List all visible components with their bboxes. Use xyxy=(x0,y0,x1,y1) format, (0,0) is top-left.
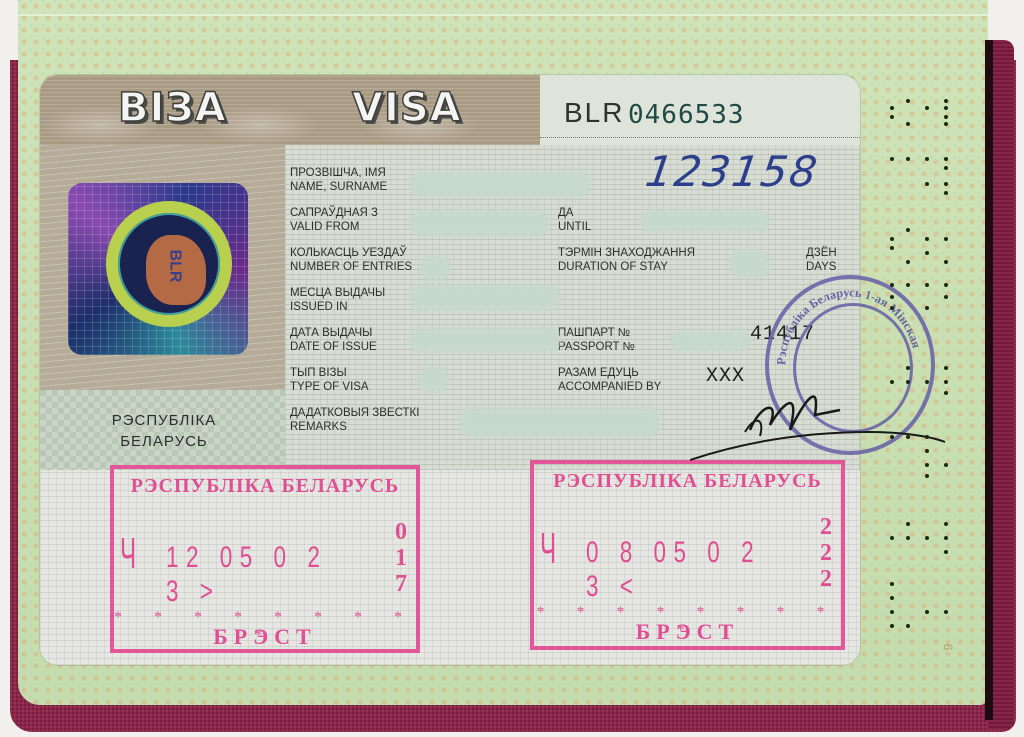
perforation-dot xyxy=(906,228,910,232)
perforation-dot xyxy=(890,306,894,310)
perforation-dot xyxy=(944,115,948,119)
country-label: РЭСПУБЛIКА БЕЛАРУСЬ xyxy=(104,410,224,452)
stamp-date: 12 05 0 2 3 > xyxy=(166,541,354,609)
perforation-dot xyxy=(890,380,894,384)
perforation-dot xyxy=(944,99,948,103)
perforation-dot xyxy=(944,106,948,110)
redacted-name xyxy=(410,171,590,197)
perforation-dot xyxy=(890,157,894,161)
perforation-dot xyxy=(906,624,910,628)
redacted-issued-in xyxy=(410,285,560,311)
hologram: BLR xyxy=(68,183,248,355)
page-fold-line xyxy=(18,14,988,16)
entry-stamp: РЭСПУБЛIКА БЕЛАРУСЬ Ч 0 8 05 0 2 3 < 222… xyxy=(530,460,845,650)
stamp-city: БРЭСТ xyxy=(114,624,416,650)
perforation-dot xyxy=(890,283,894,287)
perforated-passport-number xyxy=(890,90,980,650)
checkpoint-mark: Ч xyxy=(120,529,136,579)
hologram-code: BLR xyxy=(165,250,183,283)
perforation-dot xyxy=(925,610,929,614)
perforation-dot xyxy=(890,115,894,119)
perforation-dot xyxy=(944,463,948,467)
field-days: ДЗЁНDAYS xyxy=(806,246,837,274)
country-label-line2: БЕЛАРУСЬ xyxy=(104,431,224,452)
perforation-dot xyxy=(890,246,894,250)
page-edge-shadow xyxy=(985,40,993,720)
field-issued-in: МЕСЦА ВЫДАЧЫISSUED IN xyxy=(290,286,385,314)
serial-prefix: BLR xyxy=(564,97,624,129)
field-entries: КОЛЬКАСЦЬ УЕЗДАЎNUMBER OF ENTRIES xyxy=(290,246,412,274)
serial-number: 0466533 xyxy=(628,100,745,130)
perforation-dot xyxy=(925,182,929,186)
stamp-header: РЭСПУБЛIКА БЕЛАРУСЬ xyxy=(534,470,841,493)
perforation-dot xyxy=(944,166,948,170)
perforation-dot xyxy=(944,391,948,395)
perforation-dot xyxy=(944,610,948,614)
perforation-dot xyxy=(906,435,910,439)
hologram-ring-icon: BLR xyxy=(106,201,232,327)
field-accompanied: РАЗАМ ЕДУЦЬACCOMPANIED BY xyxy=(558,366,661,394)
checkpoint-mark: Ч xyxy=(540,524,556,574)
perforation-dot xyxy=(890,295,894,299)
perforation-dot xyxy=(890,435,894,439)
perforation-dot xyxy=(944,122,948,126)
perforation-dot xyxy=(944,380,948,384)
redacted-date-of-issue xyxy=(410,327,560,353)
redacted-type xyxy=(418,367,448,393)
perforation-dot xyxy=(944,191,948,195)
perforation-dot xyxy=(890,596,894,600)
redacted-duration xyxy=(730,250,770,278)
stamp-side-code: 017 xyxy=(392,519,410,597)
perforation-dot xyxy=(906,536,910,540)
handwritten-number: 123158 xyxy=(643,147,822,196)
perforation-dot xyxy=(925,157,929,161)
perforation-dot xyxy=(944,157,948,161)
guilloche-line xyxy=(540,137,860,144)
perforation-dot xyxy=(944,260,948,264)
perforation-dot xyxy=(944,283,948,287)
perforation-dot xyxy=(890,237,894,241)
visa-title-english: VISA xyxy=(352,85,462,131)
redacted-until xyxy=(640,210,770,232)
perforation-dot xyxy=(944,295,948,299)
field-date-of-issue: ДАТА ВЫДАЧЫDATE OF ISSUE xyxy=(290,326,377,354)
perforation-dot xyxy=(925,536,929,540)
perforation-dot xyxy=(906,522,910,526)
perforation-dot xyxy=(925,106,929,110)
perforation-dot xyxy=(890,106,894,110)
perforation-dot xyxy=(906,283,910,287)
redacted-valid-from xyxy=(410,210,550,236)
redacted-remarks xyxy=(460,407,660,437)
visa-header-band xyxy=(40,75,540,145)
perforation-dot xyxy=(890,624,894,628)
redacted-passport-prefix xyxy=(670,331,750,351)
perforation-dot xyxy=(906,122,910,126)
perforation-dot xyxy=(925,474,929,478)
perforation-dot xyxy=(890,610,894,614)
field-type: ТЫП ВIЗЫTYPE OF VISA xyxy=(290,366,369,394)
perforation-dot xyxy=(944,182,948,186)
field-name: ПРОЗВIШЧА, IМЯNAME, SURNAME xyxy=(290,166,387,194)
perforation-dot xyxy=(925,435,929,439)
stamp-side-code: 222 xyxy=(817,514,835,592)
field-until: ДАUNTIL xyxy=(558,206,591,234)
perforation-dot xyxy=(925,237,929,241)
perforation-dot xyxy=(925,449,929,453)
perforation-dot xyxy=(906,99,910,103)
stamp-header: РЭСПУБЛIКА БЕЛАРУСЬ xyxy=(114,475,416,498)
perforation-dot xyxy=(890,536,894,540)
perforation-dot xyxy=(944,550,948,554)
perforation-dot xyxy=(944,536,948,540)
stamp-city: БРЭСТ xyxy=(534,619,841,645)
perforation-dot xyxy=(944,237,948,241)
redacted-entries xyxy=(420,255,450,281)
field-duration: ТЭРМIН ЗНАХОДЖАННЯDURATION OF STAY xyxy=(558,246,695,274)
visa-title-belarusian: ВIЗА xyxy=(118,85,227,131)
country-label-line1: РЭСПУБЛIКА xyxy=(104,410,224,431)
perforation-dot xyxy=(944,366,948,370)
perforation-dot xyxy=(906,260,910,264)
perforation-dot xyxy=(906,366,910,370)
perforation-dot xyxy=(925,283,929,287)
field-valid-from: САПРАЎДНАЯ ЗVALID FROM xyxy=(290,206,378,234)
page-number: 9 xyxy=(941,644,955,651)
perforation-dot xyxy=(925,380,929,384)
perforation-dot xyxy=(906,380,910,384)
stamp-date: 0 8 05 0 2 3 < xyxy=(586,536,777,604)
field-remarks: ДАДАТКОВЫЯ ЗВЕСТКIREMARKS xyxy=(290,406,419,434)
perforation-dot xyxy=(925,306,929,310)
perforation-dot xyxy=(906,157,910,161)
perforation-dot xyxy=(925,251,929,255)
field-passport: ПАШПАРТ №PASSPORT № xyxy=(558,326,635,354)
perforation-dot xyxy=(944,522,948,526)
perforation-dot xyxy=(925,463,929,467)
exit-stamp: РЭСПУБЛIКА БЕЛАРУСЬ Ч 12 05 0 2 3 > 017 … xyxy=(110,465,420,653)
perforation-dot xyxy=(890,582,894,586)
